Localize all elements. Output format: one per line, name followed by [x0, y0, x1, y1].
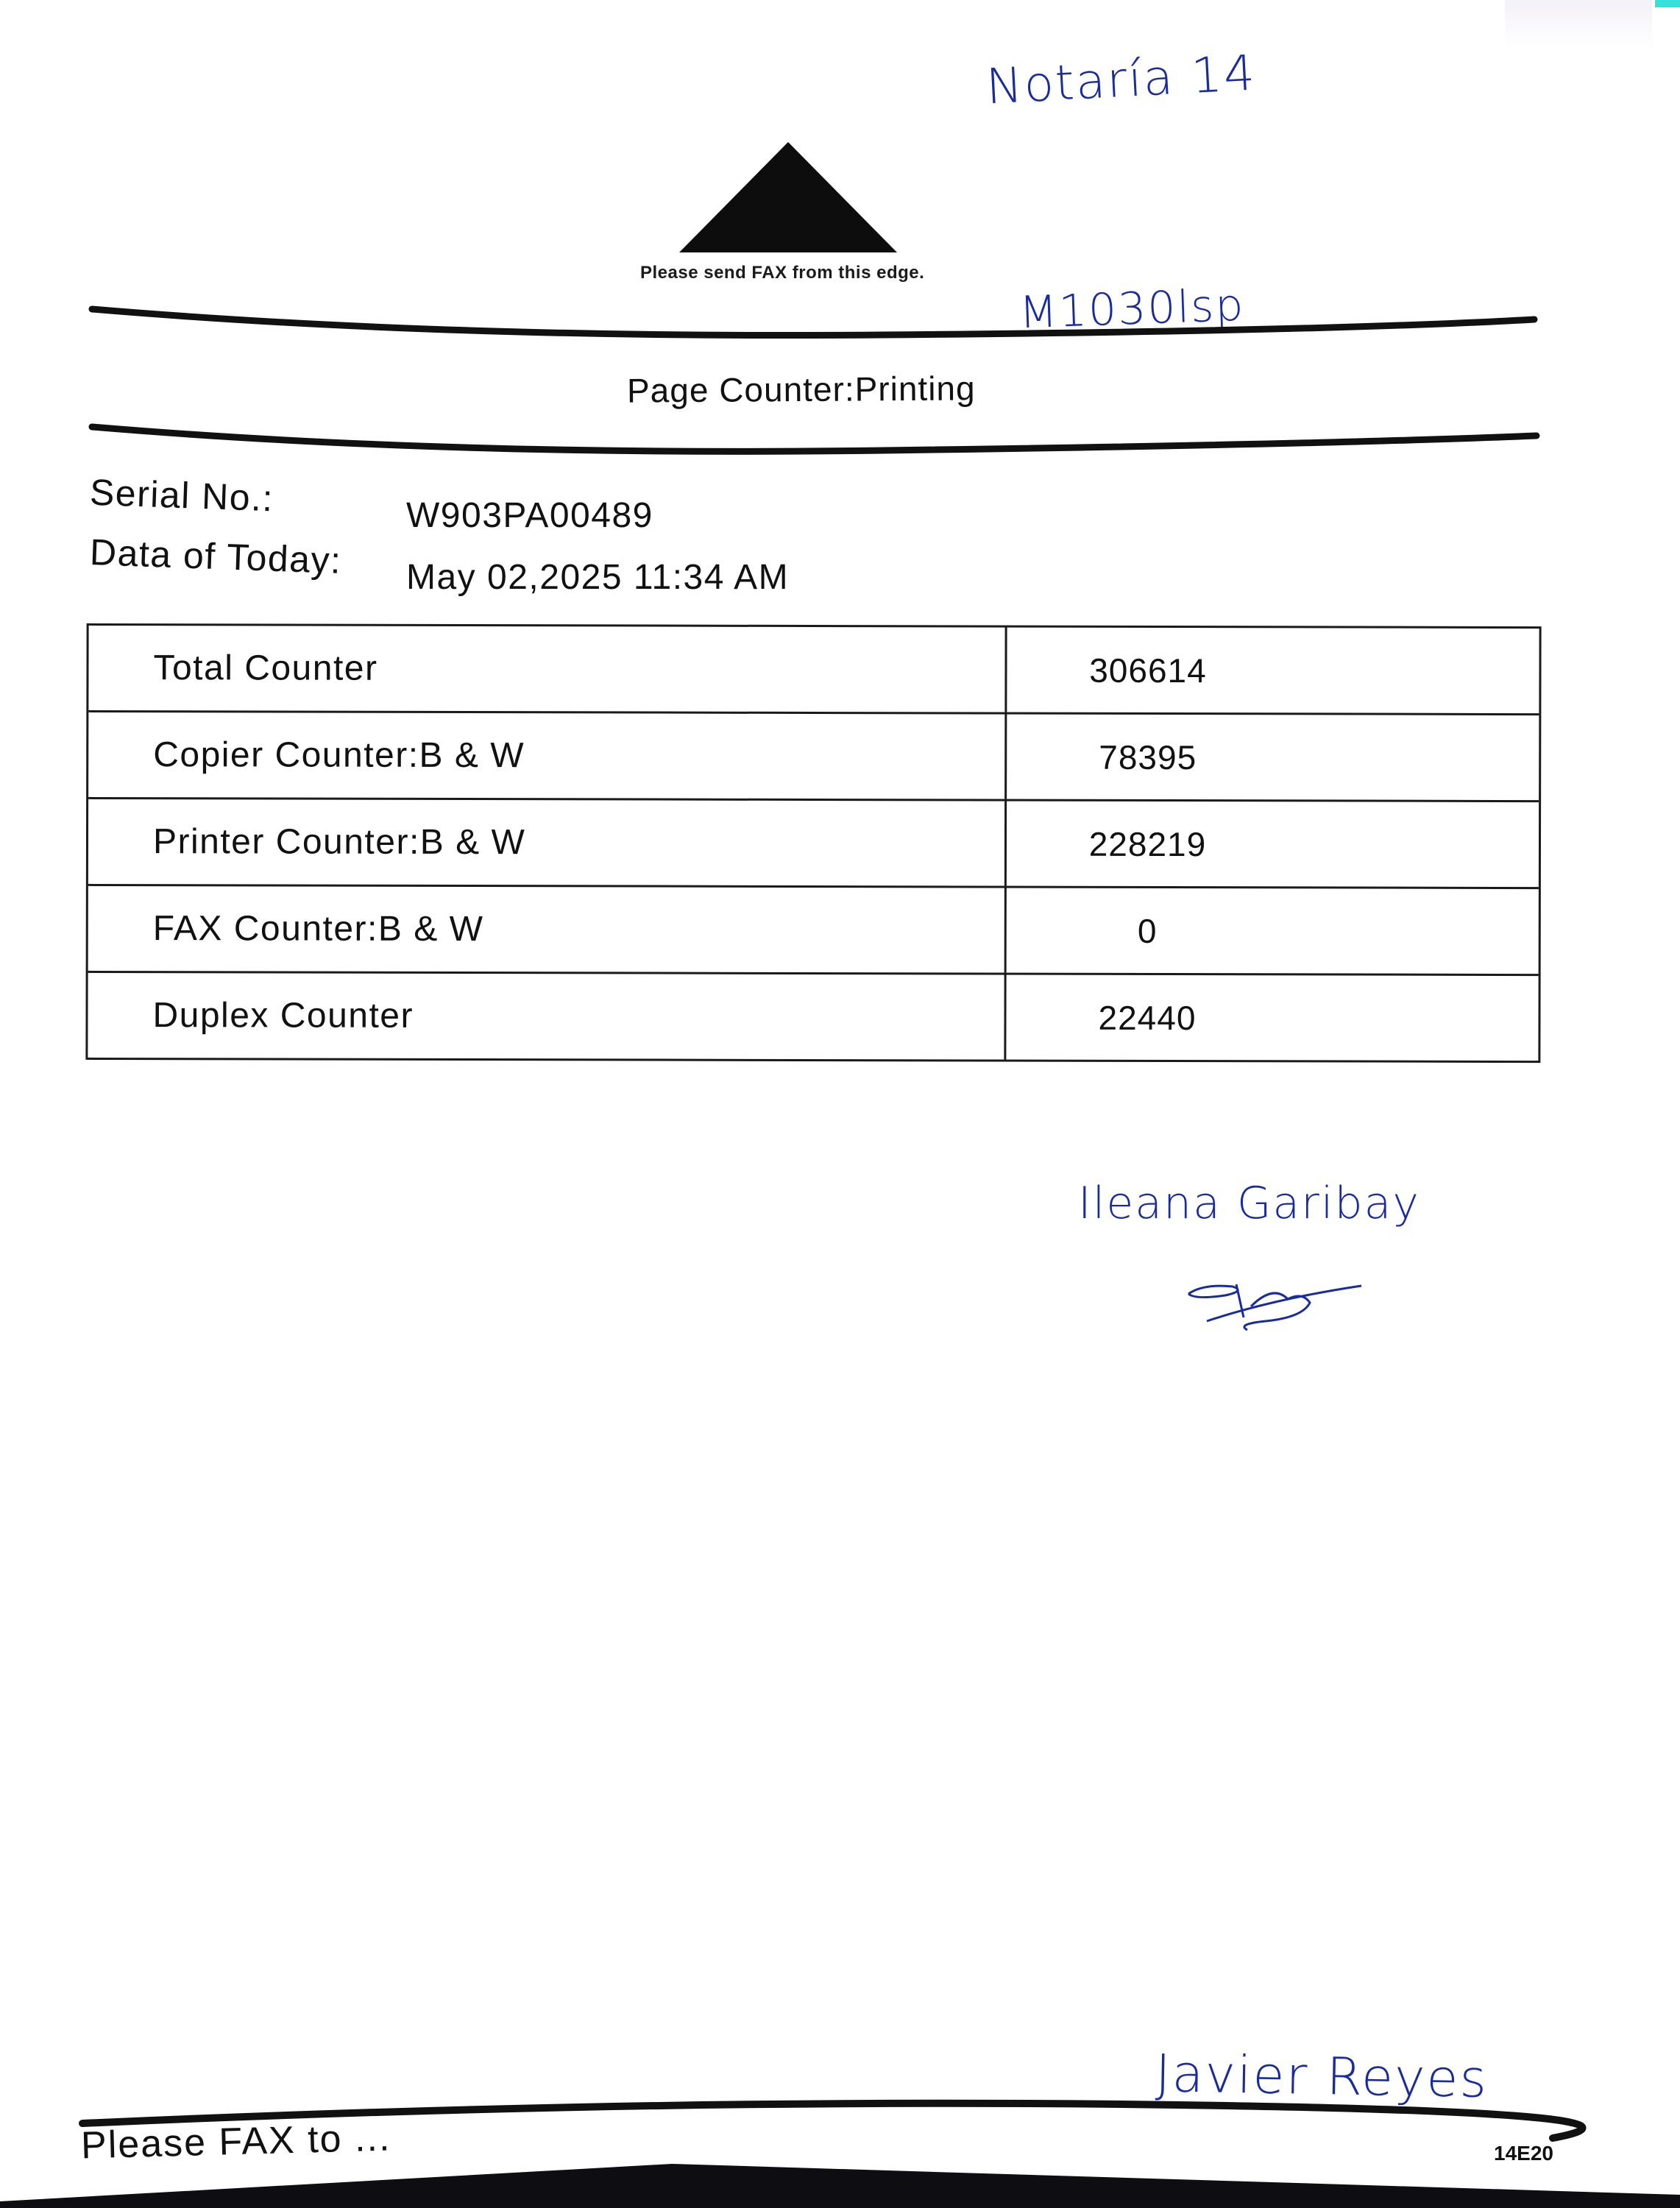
serial-value: W903PA00489 [406, 495, 653, 536]
table-row: Duplex Counter 22440 [88, 973, 1538, 1061]
handwritten-model-number: M1030lsp [1018, 280, 1246, 339]
handwritten-second-signer: Javier Reyes [1155, 2043, 1488, 2109]
counter-value: 78395 [1007, 715, 1539, 801]
counter-label: FAX Counter:B & W [88, 886, 1007, 973]
rule-lines [0, 0, 1680, 2208]
table-row: Copier Counter:B & W 78395 [88, 712, 1539, 802]
header-rule-top [92, 309, 1534, 336]
counter-value: 306614 [1007, 628, 1539, 714]
date-value: May 02,2025 11:34 AM [406, 557, 789, 598]
header-rule-bottom [92, 427, 1537, 451]
table-row: FAX Counter:B & W 0 [88, 886, 1539, 976]
table-row: Total Counter 306614 [88, 626, 1539, 715]
scanned-page: Notaría 14 Please send FAX from this edg… [0, 0, 1680, 2208]
background-surface [0, 2164, 1680, 2208]
handwritten-notary-label: Notaría 14 [985, 44, 1257, 115]
fax-edge-note: Please send FAX from this edge. [640, 263, 924, 283]
fax-direction-triangle-icon [679, 142, 897, 252]
handwritten-signer-name: Ileana Garibay [1078, 1178, 1420, 1229]
counter-label: Total Counter [88, 626, 1007, 712]
signature-scribble [1188, 1284, 1361, 1330]
form-code: 14E20 [1494, 2142, 1553, 2165]
date-label: Data of Today: [89, 531, 342, 582]
counter-label: Printer Counter:B & W [88, 799, 1007, 886]
counter-value: 22440 [1006, 975, 1538, 1061]
fax-to-label: Please FAX to ... [80, 2115, 391, 2168]
counter-value: 228219 [1007, 802, 1539, 888]
table-row: Printer Counter:B & W 228219 [88, 799, 1539, 889]
background-edge [1655, 0, 1680, 7]
page-corner-shadow [1505, 0, 1652, 52]
counter-label: Copier Counter:B & W [88, 712, 1007, 799]
counter-value: 0 [1007, 888, 1539, 974]
counter-table: Total Counter 306614 Copier Counter:B & … [85, 623, 1541, 1063]
page-title: Page Counter:Printing [627, 368, 976, 410]
serial-label: Serial No.: [89, 471, 274, 520]
counter-label: Duplex Counter [88, 973, 1006, 1060]
